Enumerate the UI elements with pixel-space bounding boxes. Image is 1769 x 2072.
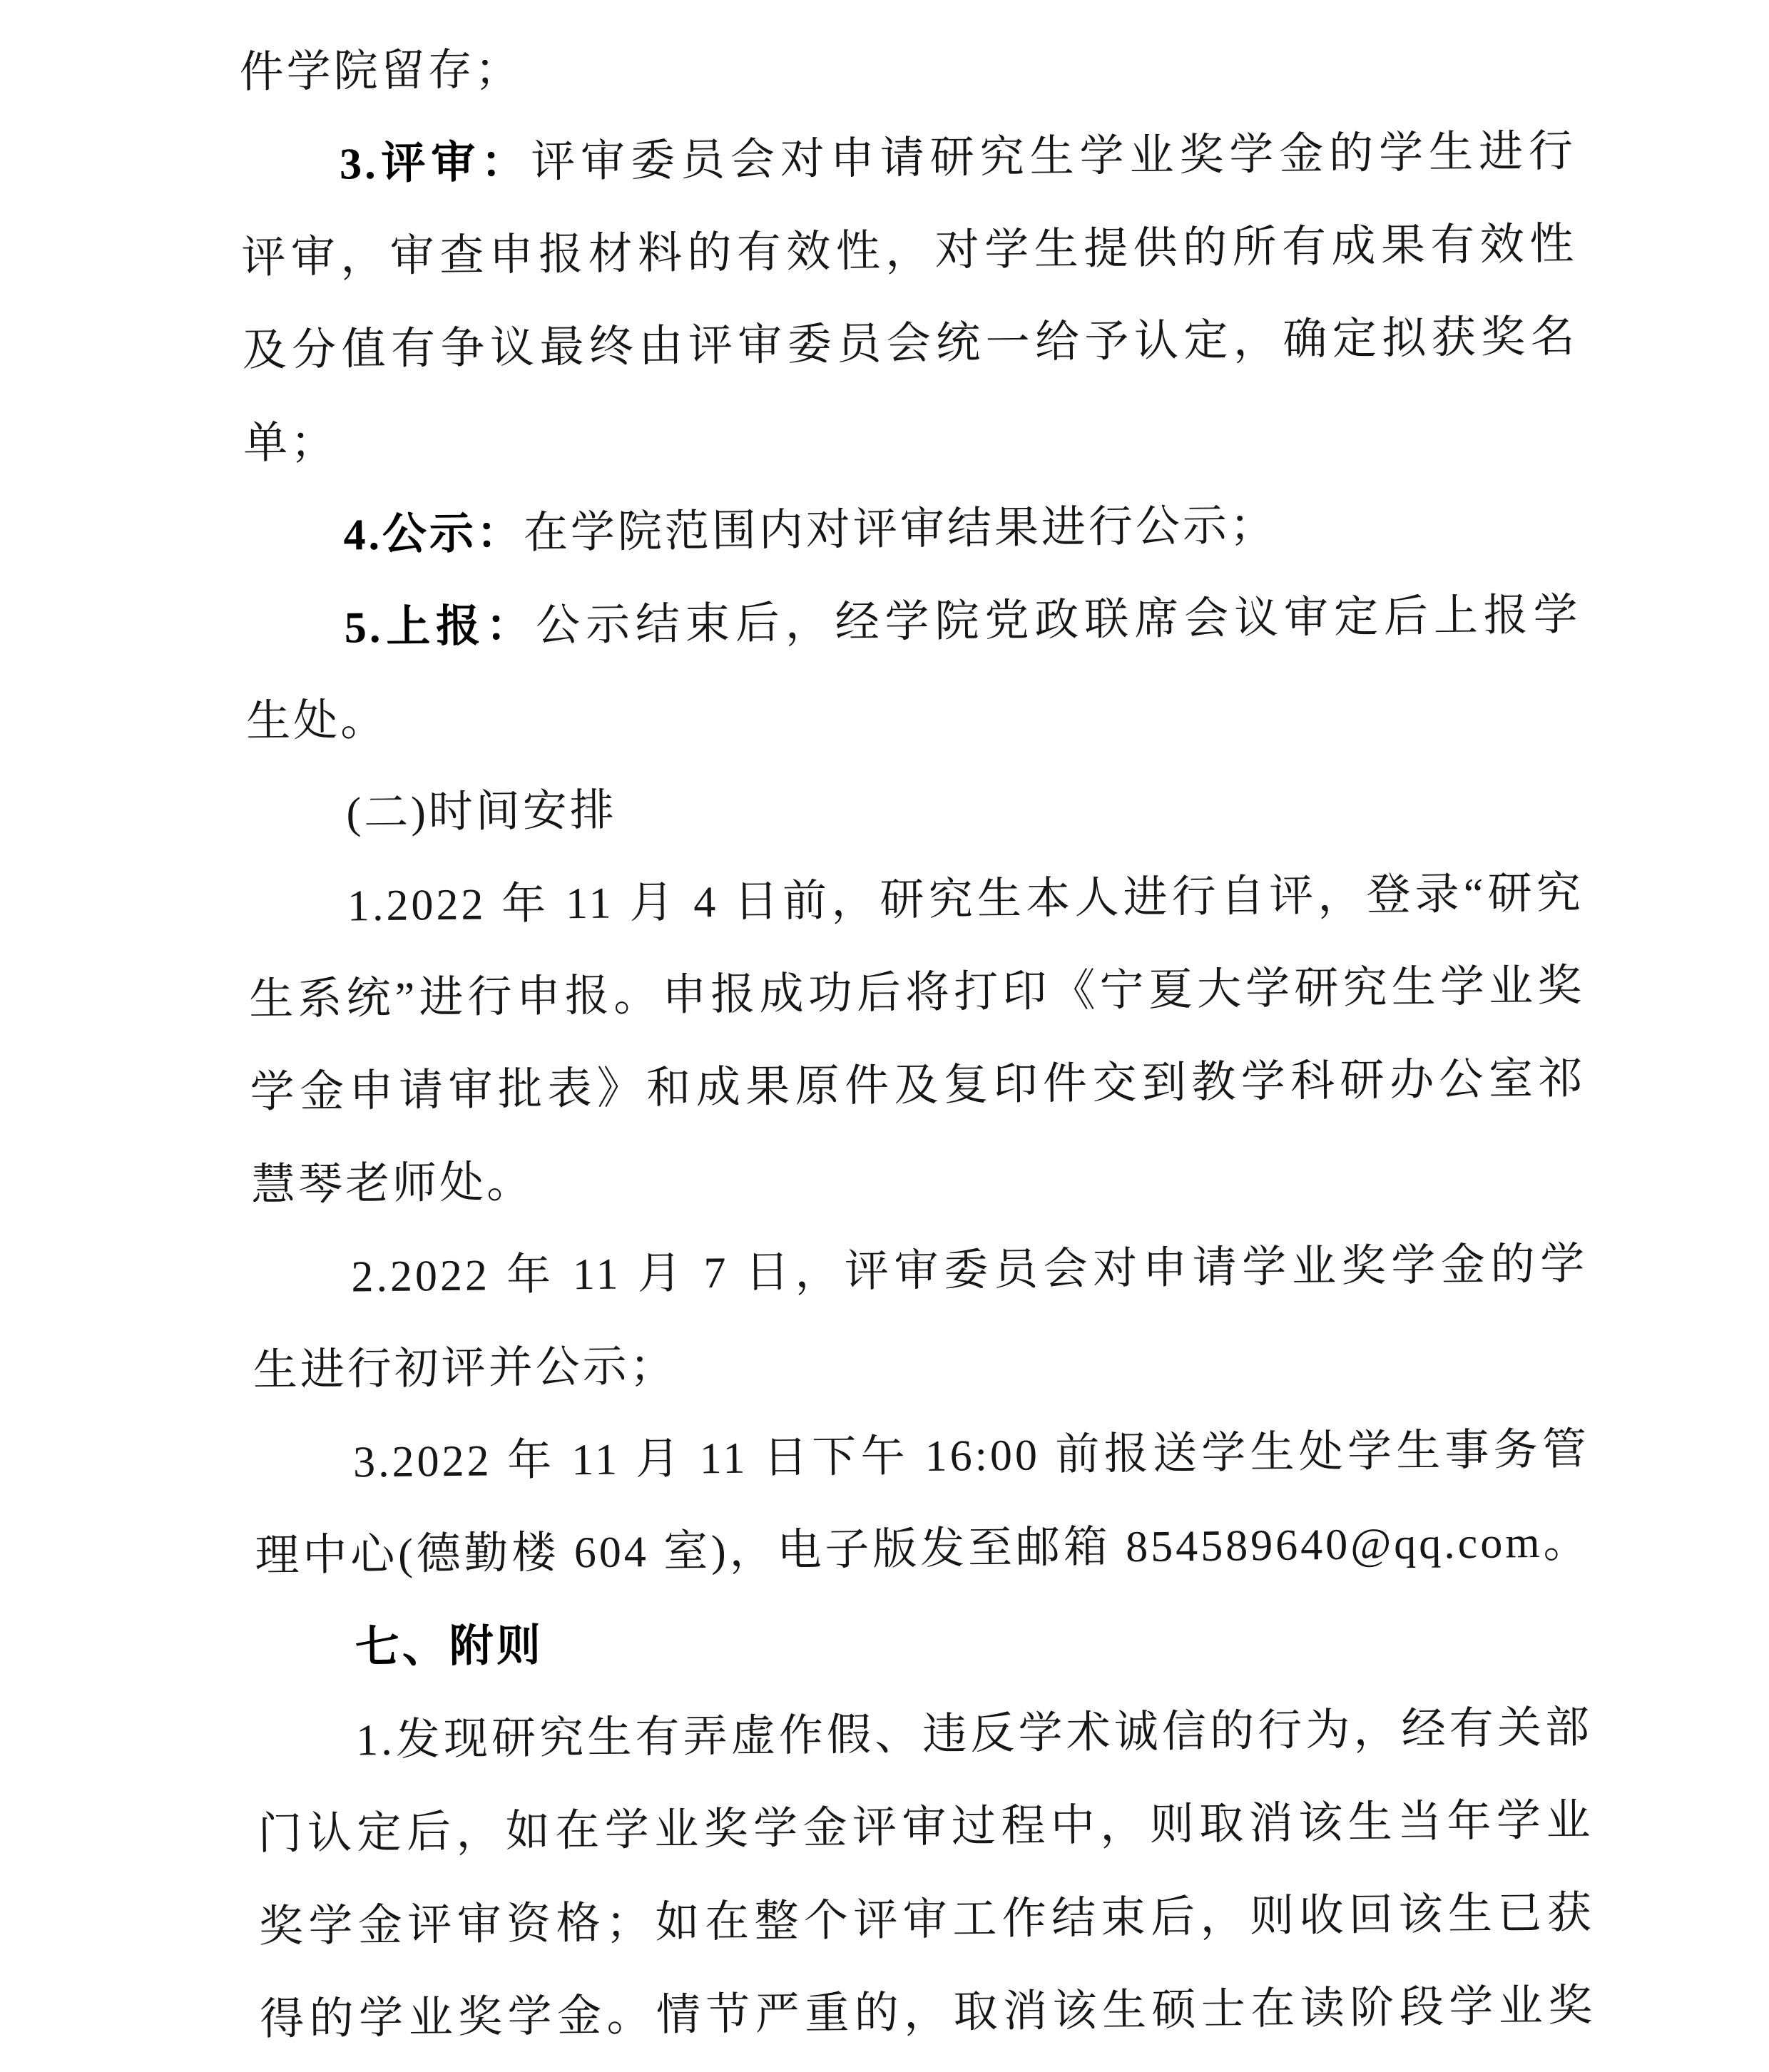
text-block: 件学院留存； 3.评审：评审委员会对申请研究生学业奖学金的学生进行 评审，审查申… <box>239 12 1596 2066</box>
text-run: 2.2022 年 11 月 7 日，评审委员会对申请学业奖学金的学 <box>351 1240 1588 1301</box>
text-line: 件学院留存； <box>239 12 1575 119</box>
text-run: 单； <box>243 419 338 468</box>
text-line: 生处。 <box>246 661 1582 768</box>
text-run: (二)时间安排 <box>346 787 617 838</box>
text-run: 1.发现研究生有弄虚作假、违反学术诚信的行为，经有关部 <box>356 1703 1593 1765</box>
text-line: 理中心(德勤楼 604 室)，电子版发至邮箱 854589640@qq.com。 <box>255 1496 1591 1603</box>
text-line: 学金申请审批表》和成果原件及复印件交到教学科研办公室祁 <box>250 1032 1586 1139</box>
document-page: 件学院留存； 3.评审：评审委员会对申请研究生学业奖学金的学生进行 评审，审查申… <box>0 0 1769 2072</box>
text-line: 单； <box>243 383 1579 490</box>
text-line: 评审，审查申报材料的有效性，对学生提供的所有成果有效性 <box>241 198 1577 305</box>
bold-run: 5.上报： <box>344 602 536 653</box>
text-line: 生系统”进行申报。申报成功后将打印《宁夏大学研究生学业奖 <box>249 939 1585 1046</box>
text-run: 及分值有争议最终由评审委员会统一给予认定，确定拟获奖名 <box>242 312 1578 375</box>
text-line: 3.2022 年 11 月 11 日下午 16:00 前报送学生处学生事务管 <box>253 1403 1589 1510</box>
text-run: 评审委员会对申请研究生学业奖学金的学生进行 <box>531 127 1576 186</box>
bold-run: 4.公示： <box>343 509 524 560</box>
text-line: 1.发现研究生有弄虚作假、违反学术诚信的行为，经有关部 <box>257 1681 1593 1788</box>
text-line: 得的学业奖学金。情节严重的，取消该生硕士在读阶段学业奖 <box>260 1959 1596 2066</box>
bold-run: 七、附则 <box>355 1622 544 1673</box>
text-run: 理中心(德勤楼 604 室)，电子版发至邮箱 854589640@qq.com。 <box>255 1518 1591 1581</box>
text-run: 在学院范围内对评审结果进行公示； <box>524 501 1278 558</box>
text-line: 奖学金评审资格；如在整个评审工作结束后，则收回该生已获 <box>258 1867 1594 1974</box>
text-line: 及分值有争议最终由评审委员会统一给予认定，确定拟获奖名 <box>242 290 1578 397</box>
text-line: 门认定后，如在学业奖学金评审过程中，则取消该生当年学业 <box>258 1774 1594 1881</box>
text-line: 1.2022 年 11 月 4 日前，研究生本人进行自评，登录“研究 <box>248 847 1584 954</box>
text-line: 4.公示：在学院范围内对评审结果进行公示； <box>244 476 1580 583</box>
text-run: 3.2022 年 11 月 11 日下午 16:00 前报送学生处学生事务管 <box>353 1425 1590 1486</box>
text-line: 3.评审：评审委员会对申请研究生学业奖学金的学生进行 <box>240 105 1576 212</box>
bold-run: 3.评审： <box>340 138 531 189</box>
text-run: 慧琴老师处。 <box>251 1158 534 1210</box>
text-line: (二)时间安排 <box>247 754 1583 861</box>
text-run: 生系统”进行申报。申报成功后将打印《宁夏大学研究生学业奖 <box>249 961 1585 1024</box>
text-run: 得的学业奖学金。情节严重的，取消该生硕士在读阶段学业奖 <box>260 1981 1596 2044</box>
text-line: 七、附则 <box>255 1588 1591 1695</box>
text-run: 学金申请审批表》和成果原件及复印件交到教学科研办公室祁 <box>250 1054 1586 1117</box>
text-run: 件学院留存； <box>239 46 522 97</box>
text-line: 生进行初评并公示； <box>253 1310 1589 1417</box>
text-line: 5.上报：公示结束后，经学院党政联席会议审定后上报学 <box>245 568 1581 675</box>
text-run: 奖学金评审资格；如在整个评审工作结束后，则收回该生已获 <box>259 1889 1595 1951</box>
text-run: 1.2022 年 11 月 4 日前，研究生本人进行自评，登录“研究 <box>347 869 1584 930</box>
text-run: 生处。 <box>246 696 388 746</box>
text-run: 门认定后，如在学业奖学金评审过程中，则取消该生当年学业 <box>258 1796 1594 1859</box>
text-run: 生进行初评并公示； <box>253 1342 677 1395</box>
text-run: 评审，审查申报材料的有效性，对学生提供的所有成果有效性 <box>241 220 1577 282</box>
text-run: 公示结束后，经学院党政联席会议审定后上报学 <box>536 591 1581 650</box>
text-line: 2.2022 年 11 月 7 日，评审委员会对申请学业奖学金的学 <box>252 1218 1588 1325</box>
text-line: 慧琴老师处。 <box>250 1125 1586 1232</box>
